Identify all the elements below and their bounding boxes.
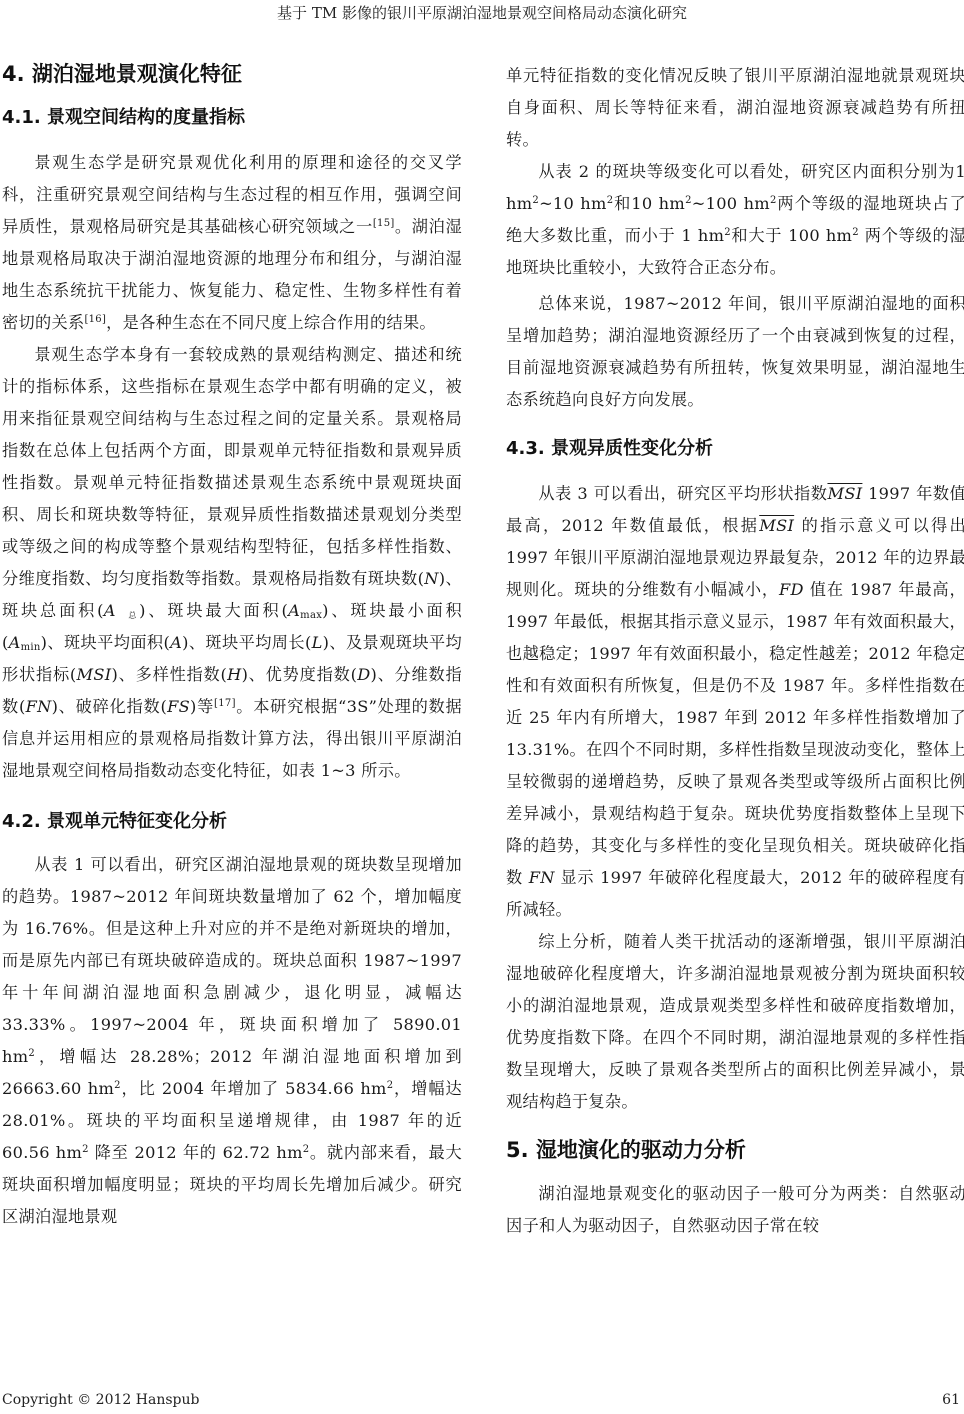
footer-copyright: Copyright © 2012 Hanspub — [2, 1392, 199, 1408]
running-header: 基于 TM 影像的银川平原湖泊湿地景观空间格局动态演化研究 — [0, 2, 964, 24]
citation-15: [15] — [373, 218, 395, 229]
section-4-heading: 4. 湖泊湿地景观演化特征 — [2, 60, 462, 88]
subsection-4-2-heading: 4.2. 景观单元特征变化分析 — [2, 809, 462, 835]
paragraph-landscape-indices: 景观生态学本身有一套较成熟的景观结构测定、描述和统计的指标体系，这些指标在景观生… — [2, 339, 462, 787]
paragraph-driving-factors: 湖泊湿地景观变化的驱动因子一般可分为两类：自然驱动因子和人为驱动因子，自然驱动因… — [506, 1178, 964, 1242]
citation-17: [17] — [214, 698, 236, 709]
subsection-4-3-heading: 4.3. 景观异质性变化分析 — [506, 436, 964, 462]
subsection-4-1-heading: 4.1. 景观空间结构的度量指标 — [2, 105, 462, 131]
paragraph-heterogeneity: 从表 3 可以看出，研究区平均形状指数MSI 1997 年数值最高，2012 年… — [506, 478, 964, 926]
page-number: 61 — [942, 1392, 960, 1408]
paragraph-overall-summary: 总体来说，1987~2012 年间，银川平原湖泊湿地的面积呈增加趋势；湖泊湿地资… — [506, 288, 964, 416]
msi-symbol: MSI — [759, 516, 794, 535]
paragraph-unit-change: 从表 1 可以看出，研究区湖泊湿地景观的斑块数呈现增加的趋势。1987~2012… — [2, 849, 462, 1233]
right-column: 单元特征指数的变化情况反映了银川平原湖泊湿地就景观斑块自身面积、周长等特征来看，… — [506, 56, 964, 1242]
paragraph-conclusion: 综上分析，随着人类干扰活动的逐渐增强，银川平原湖泊湿地破碎化程度增大，许多湖泊湿… — [506, 926, 964, 1118]
section-5-heading: 5. 湿地演化的驱动力分析 — [506, 1136, 964, 1164]
paragraph-landscape-ecology: 景观生态学是研究景观优化利用的原理和途径的交叉学科，注重研究景观空间结构与生态过… — [2, 147, 462, 339]
paragraph-patch-grade: 从表 2 的斑块等级变化可以看处，研究区内面积分别为1 hm2~10 hm2和1… — [506, 156, 964, 284]
left-column: 4. 湖泊湿地景观演化特征 4.1. 景观空间结构的度量指标 景观生态学是研究景… — [2, 56, 462, 1233]
citation-16: [16] — [84, 314, 106, 325]
paragraph-unit-change-cont: 单元特征指数的变化情况反映了银川平原湖泊湿地就景观斑块自身面积、周长等特征来看，… — [506, 60, 964, 156]
msi-symbol: MSI — [827, 484, 862, 503]
